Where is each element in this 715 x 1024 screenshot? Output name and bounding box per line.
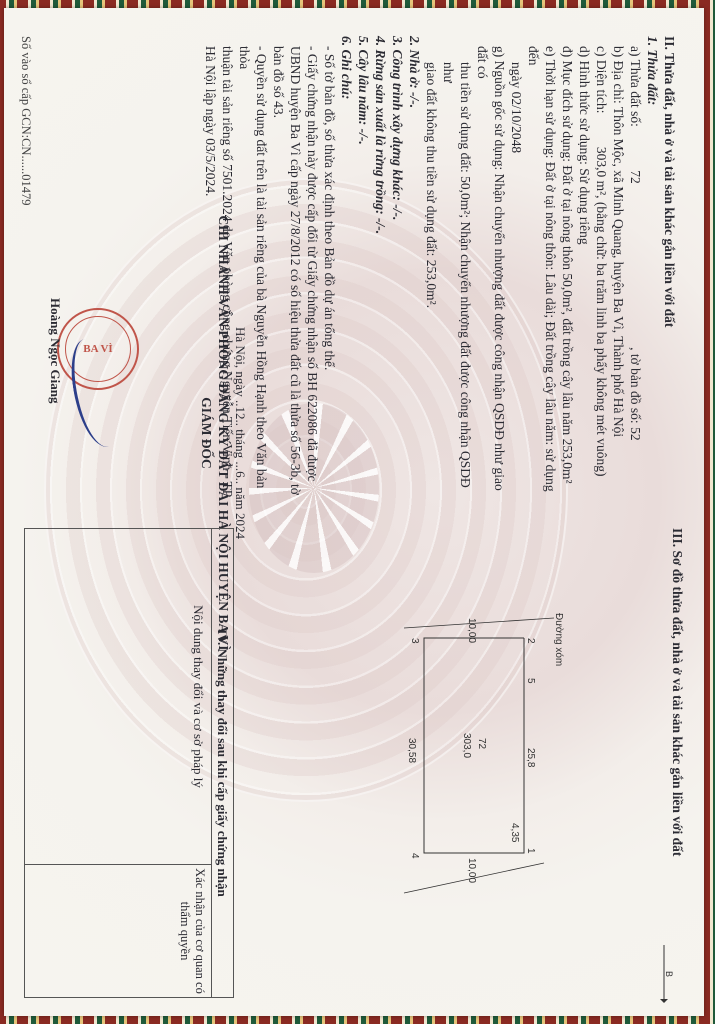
issue-date: Hà Nội, ngày ..12.. tháng ...6.. năm 202… bbox=[232, 203, 249, 663]
usage-form: d) Hình thức sử dụng: Sử dụng riêng bbox=[576, 36, 593, 506]
land-heading: 1. Thửa đất: bbox=[644, 36, 661, 506]
usage-term: e) Thời hạn sử dụng: Đất ở tại nông thôn… bbox=[525, 36, 559, 506]
parcel-area-label: 303,0 bbox=[461, 733, 472, 758]
note-line: bản đồ số 43. bbox=[270, 36, 287, 506]
edge-label: 10,00 bbox=[466, 858, 477, 883]
registry-number: Số vào sổ cấp GCN:CN......01479 bbox=[17, 36, 34, 205]
parcel-line: a) Thửa đất số: 72 , tờ bản đồ số: 52 bbox=[627, 36, 644, 506]
rotated-content: II. Thửa đất, nhà ở và tài sản khác gắn … bbox=[4, 8, 704, 1016]
origin-cont-2: giao đất không thu tiền sử dụng đất: 253… bbox=[423, 36, 440, 506]
point-label: 2 bbox=[525, 638, 536, 644]
registry-value: 01479 bbox=[19, 174, 33, 205]
point-label: 4 bbox=[409, 853, 420, 859]
note-line: - Giấy chứng nhận này được cấp đổi từ Gi… bbox=[304, 36, 321, 506]
point-label: 1 bbox=[525, 848, 536, 854]
section-3-heading: III. Sơ đồ thửa đất, nhà ở và tài sản kh… bbox=[669, 528, 686, 998]
section-4-table: IV. Những thay đổi sau khi cấp giấy chứn… bbox=[24, 528, 234, 998]
edge-label: 10,00 bbox=[466, 618, 477, 643]
section-2: II. Thửa đất, nhà ở và tài sản khác gắn … bbox=[202, 36, 678, 506]
edge-label: 30,58 bbox=[406, 738, 417, 763]
edge-label: 25,8 bbox=[525, 748, 536, 768]
parcel-number: 72 bbox=[628, 130, 643, 184]
certificate-page: II. Thửa đất, nhà ở và tài sản khác gắn … bbox=[4, 8, 704, 1016]
registry-label: Số vào sổ cấp GCN:CN...... bbox=[19, 36, 33, 174]
area-label: c) Diện tích: bbox=[594, 46, 609, 113]
section-4-heading: IV. Những thay đổi sau khi cấp giấy chứn… bbox=[211, 529, 233, 997]
note-line: UBND huyện Ba Vì cấp ngày 27/8/2012 có s… bbox=[287, 36, 304, 506]
section-2-heading: II. Thửa đất, nhà ở và tài sản khác gắn … bbox=[661, 36, 678, 506]
origin-cont-1: thu tiền sử dụng đất: 50,0m²; Nhận chuyể… bbox=[440, 36, 474, 506]
map-sheet: 52 bbox=[628, 427, 643, 441]
other-construction: 3. Công trình xây dựng khác: -/-. bbox=[389, 36, 406, 506]
usage-purpose: đ) Mục đích sử dụng: Đất ở tại nông thôn… bbox=[559, 36, 576, 506]
north-arrow-icon: B bbox=[654, 943, 674, 1003]
parcel-number-label: a) Thửa đất số: bbox=[628, 46, 643, 127]
area-line: c) Diện tích: 303,0 m², (bằng chữ: ba tr… bbox=[593, 36, 610, 506]
changes-column-header: Nội dung thay đổi và cơ sở pháp lý bbox=[25, 529, 211, 865]
note-line: - Số tờ bản đồ, số thửa xác định theo Bả… bbox=[321, 36, 338, 506]
origin: g) Nguồn gốc sử dụng: Nhận chuyển nhượng… bbox=[474, 36, 508, 506]
parcel-number-label: 72 bbox=[476, 738, 487, 750]
road-label: Đường xóm bbox=[553, 613, 564, 666]
planted-forest: 4. Rừng sản xuất là rừng trồng: -/-. bbox=[372, 36, 389, 506]
perennial-trees: 5. Cây lâu năm: -/-. bbox=[355, 36, 372, 506]
usage-term-cont: ngày 02/10/2048 bbox=[508, 36, 525, 506]
address: b) Địa chỉ: Thôn Mộc, xã Minh Quang, huy… bbox=[610, 36, 627, 506]
confirmation-column-header: Xác nhận của cơ quan có thẩm quyền bbox=[25, 865, 211, 997]
notes-heading: 6. Ghi chú: bbox=[338, 36, 355, 506]
point-label: 3 bbox=[409, 638, 420, 644]
area-value: 303,0 m², (bằng chữ: ba trăm linh ba phẩ… bbox=[594, 117, 609, 477]
parcel-diagram: 1 2 3 4 5 25,8 10,00 30,58 10,00 4,35 72… bbox=[304, 608, 564, 908]
svg-text:B: B bbox=[664, 971, 674, 977]
map-sheet-label: , tờ bản đồ số: bbox=[628, 187, 643, 424]
house: 2. Nhà ở: -/-. bbox=[406, 36, 423, 506]
signer-name: Hoàng Ngọc Giang bbox=[47, 298, 64, 403]
edge-label: 4,35 bbox=[509, 823, 520, 843]
point-label: 5 bbox=[525, 678, 536, 684]
